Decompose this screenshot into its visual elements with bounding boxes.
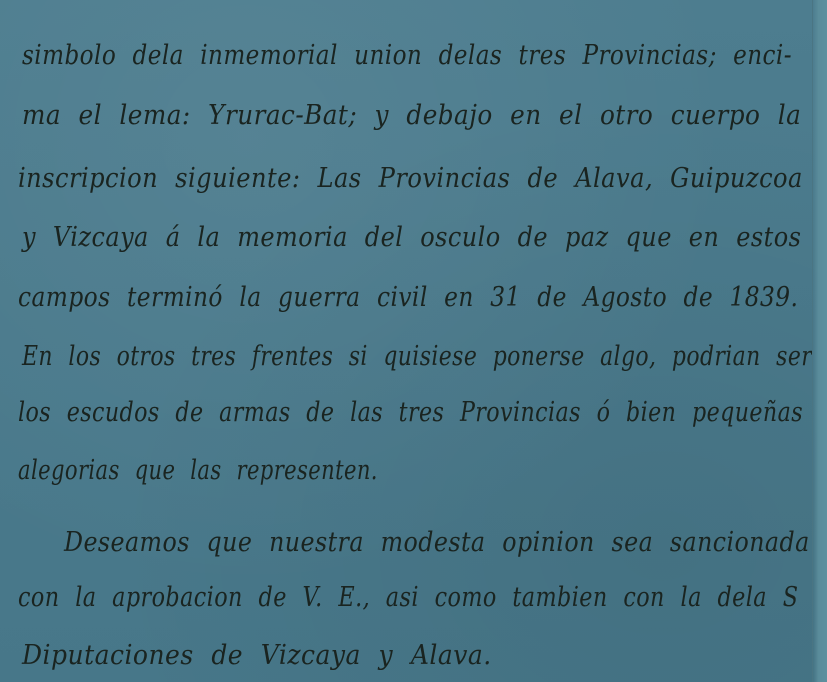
manuscript-line-10: con la aprobacion de V. E., asi como tam… — [18, 582, 798, 613]
manuscript-line-5: campos terminó la guerra civil en 31 de … — [18, 282, 798, 313]
manuscript-line-11: Diputaciones de Vizcaya y Alava. — [22, 640, 492, 671]
manuscript-line-3: inscripcion siguiente: Las Provincias de… — [18, 163, 803, 194]
manuscript-line-7: los escudos de armas de las tres Provinc… — [18, 397, 803, 428]
manuscript-line-2: ma el lema: Yrurac-Bat; y debajo en el o… — [22, 100, 801, 131]
manuscript-line-6: En los otros tres frentes si quisiese po… — [22, 341, 812, 372]
page-edge — [812, 0, 827, 682]
manuscript-line-1: simbolo dela inmemorial union delas tres… — [22, 40, 792, 71]
manuscript-page: simbolo dela inmemorial union delas tres… — [0, 0, 827, 682]
manuscript-line-9: Deseamos que nuestra modesta opinion sea… — [64, 527, 810, 558]
manuscript-line-8: alegorias que las representen. — [18, 455, 378, 486]
manuscript-line-4: y Vizcaya á la memoria del osculo de paz… — [22, 222, 801, 253]
